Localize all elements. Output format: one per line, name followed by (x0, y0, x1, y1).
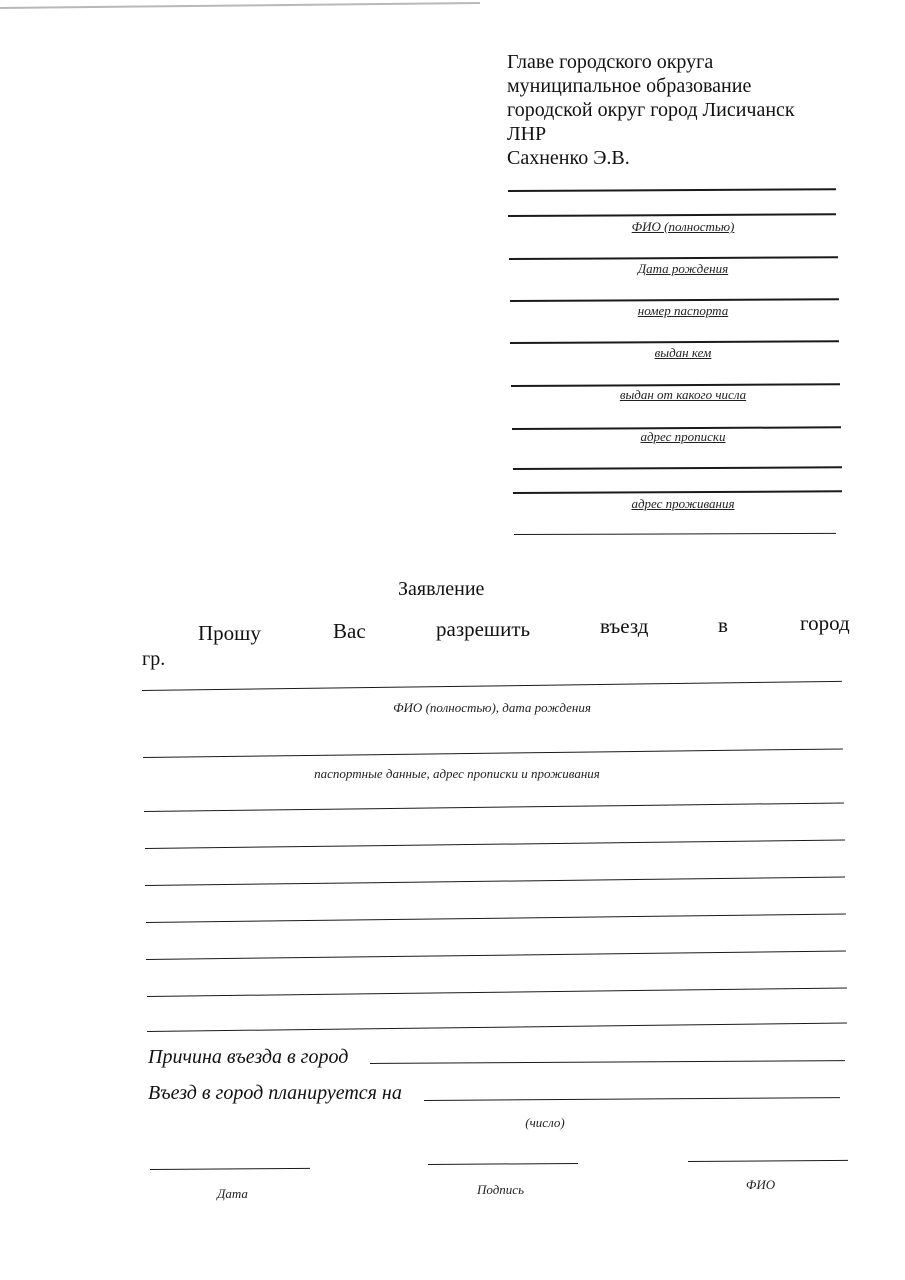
caption-number: (число) (490, 1115, 600, 1131)
addressee-line: ЛНР (507, 122, 795, 146)
citizen-name-line[interactable] (142, 681, 842, 691)
name-label: ФИО (688, 1177, 833, 1193)
residence-address-line-1[interactable] (513, 466, 842, 470)
addressee-line: городской округ город Лисичанск (507, 98, 795, 122)
blank-line[interactable] (145, 876, 845, 886)
applicant-name-line-1[interactable] (508, 188, 836, 192)
signature-label: Подпись (428, 1182, 573, 1198)
request-word: разрешить (436, 617, 530, 642)
scan-edge-artifact (0, 2, 480, 9)
addressee-line: муниципальное образование (507, 74, 795, 98)
issued-by-line[interactable] (510, 340, 839, 344)
caption-issue-date: выдан от какого числа (508, 387, 858, 403)
blank-line[interactable] (147, 1022, 847, 1032)
caption-residence-address: адрес проживания (508, 496, 858, 512)
caption-birth-date: Дата рождения (508, 261, 858, 277)
signature-line[interactable] (428, 1163, 578, 1165)
caption-issued-by: выдан кем (508, 345, 858, 361)
blank-line[interactable] (146, 950, 846, 960)
request-word: Прошу (198, 621, 261, 646)
statement-title: Заявление (398, 578, 484, 601)
caption-citizen-name-birth: ФИО (полностью), дата рождения (142, 700, 842, 716)
request-word: въезд (600, 614, 648, 639)
citizen-prefix: гр. (142, 648, 165, 671)
passport-data-line[interactable] (143, 748, 843, 758)
applicant-name-line-2[interactable] (508, 213, 836, 217)
request-word: Вас (333, 619, 366, 644)
reason-input-line[interactable] (370, 1060, 845, 1064)
blank-line[interactable] (145, 839, 845, 849)
addressee-line: Главе городского округа (507, 50, 795, 74)
date-signature-line[interactable] (150, 1168, 310, 1170)
name-signature-line[interactable] (688, 1160, 848, 1162)
caption-full-name: ФИО (полностью) (508, 219, 858, 235)
caption-registration-address: адрес прописки (508, 429, 858, 445)
planned-date-label: Въезд в город планируется на (148, 1082, 402, 1105)
addressee-block: Главе городского округа муниципальное об… (507, 50, 795, 170)
passport-number-line[interactable] (510, 298, 839, 302)
blank-line[interactable] (147, 987, 847, 997)
birth-date-line[interactable] (509, 256, 838, 260)
request-word: в (718, 613, 728, 638)
residence-address-line-2[interactable] (513, 490, 842, 494)
addressee-line: Сахненко Э.В. (507, 146, 795, 170)
planned-date-input-line[interactable] (424, 1097, 840, 1101)
blank-line[interactable] (144, 802, 844, 812)
request-word: город (800, 611, 850, 636)
reason-label: Причина въезда в город (148, 1046, 348, 1069)
caption-passport-number: номер паспорта (508, 303, 858, 319)
blank-line[interactable] (146, 913, 846, 923)
date-label: Дата (150, 1186, 315, 1202)
residence-address-line-3[interactable] (514, 533, 836, 535)
caption-passport-address: паспортные данные, адрес прописки и прож… (142, 766, 772, 782)
